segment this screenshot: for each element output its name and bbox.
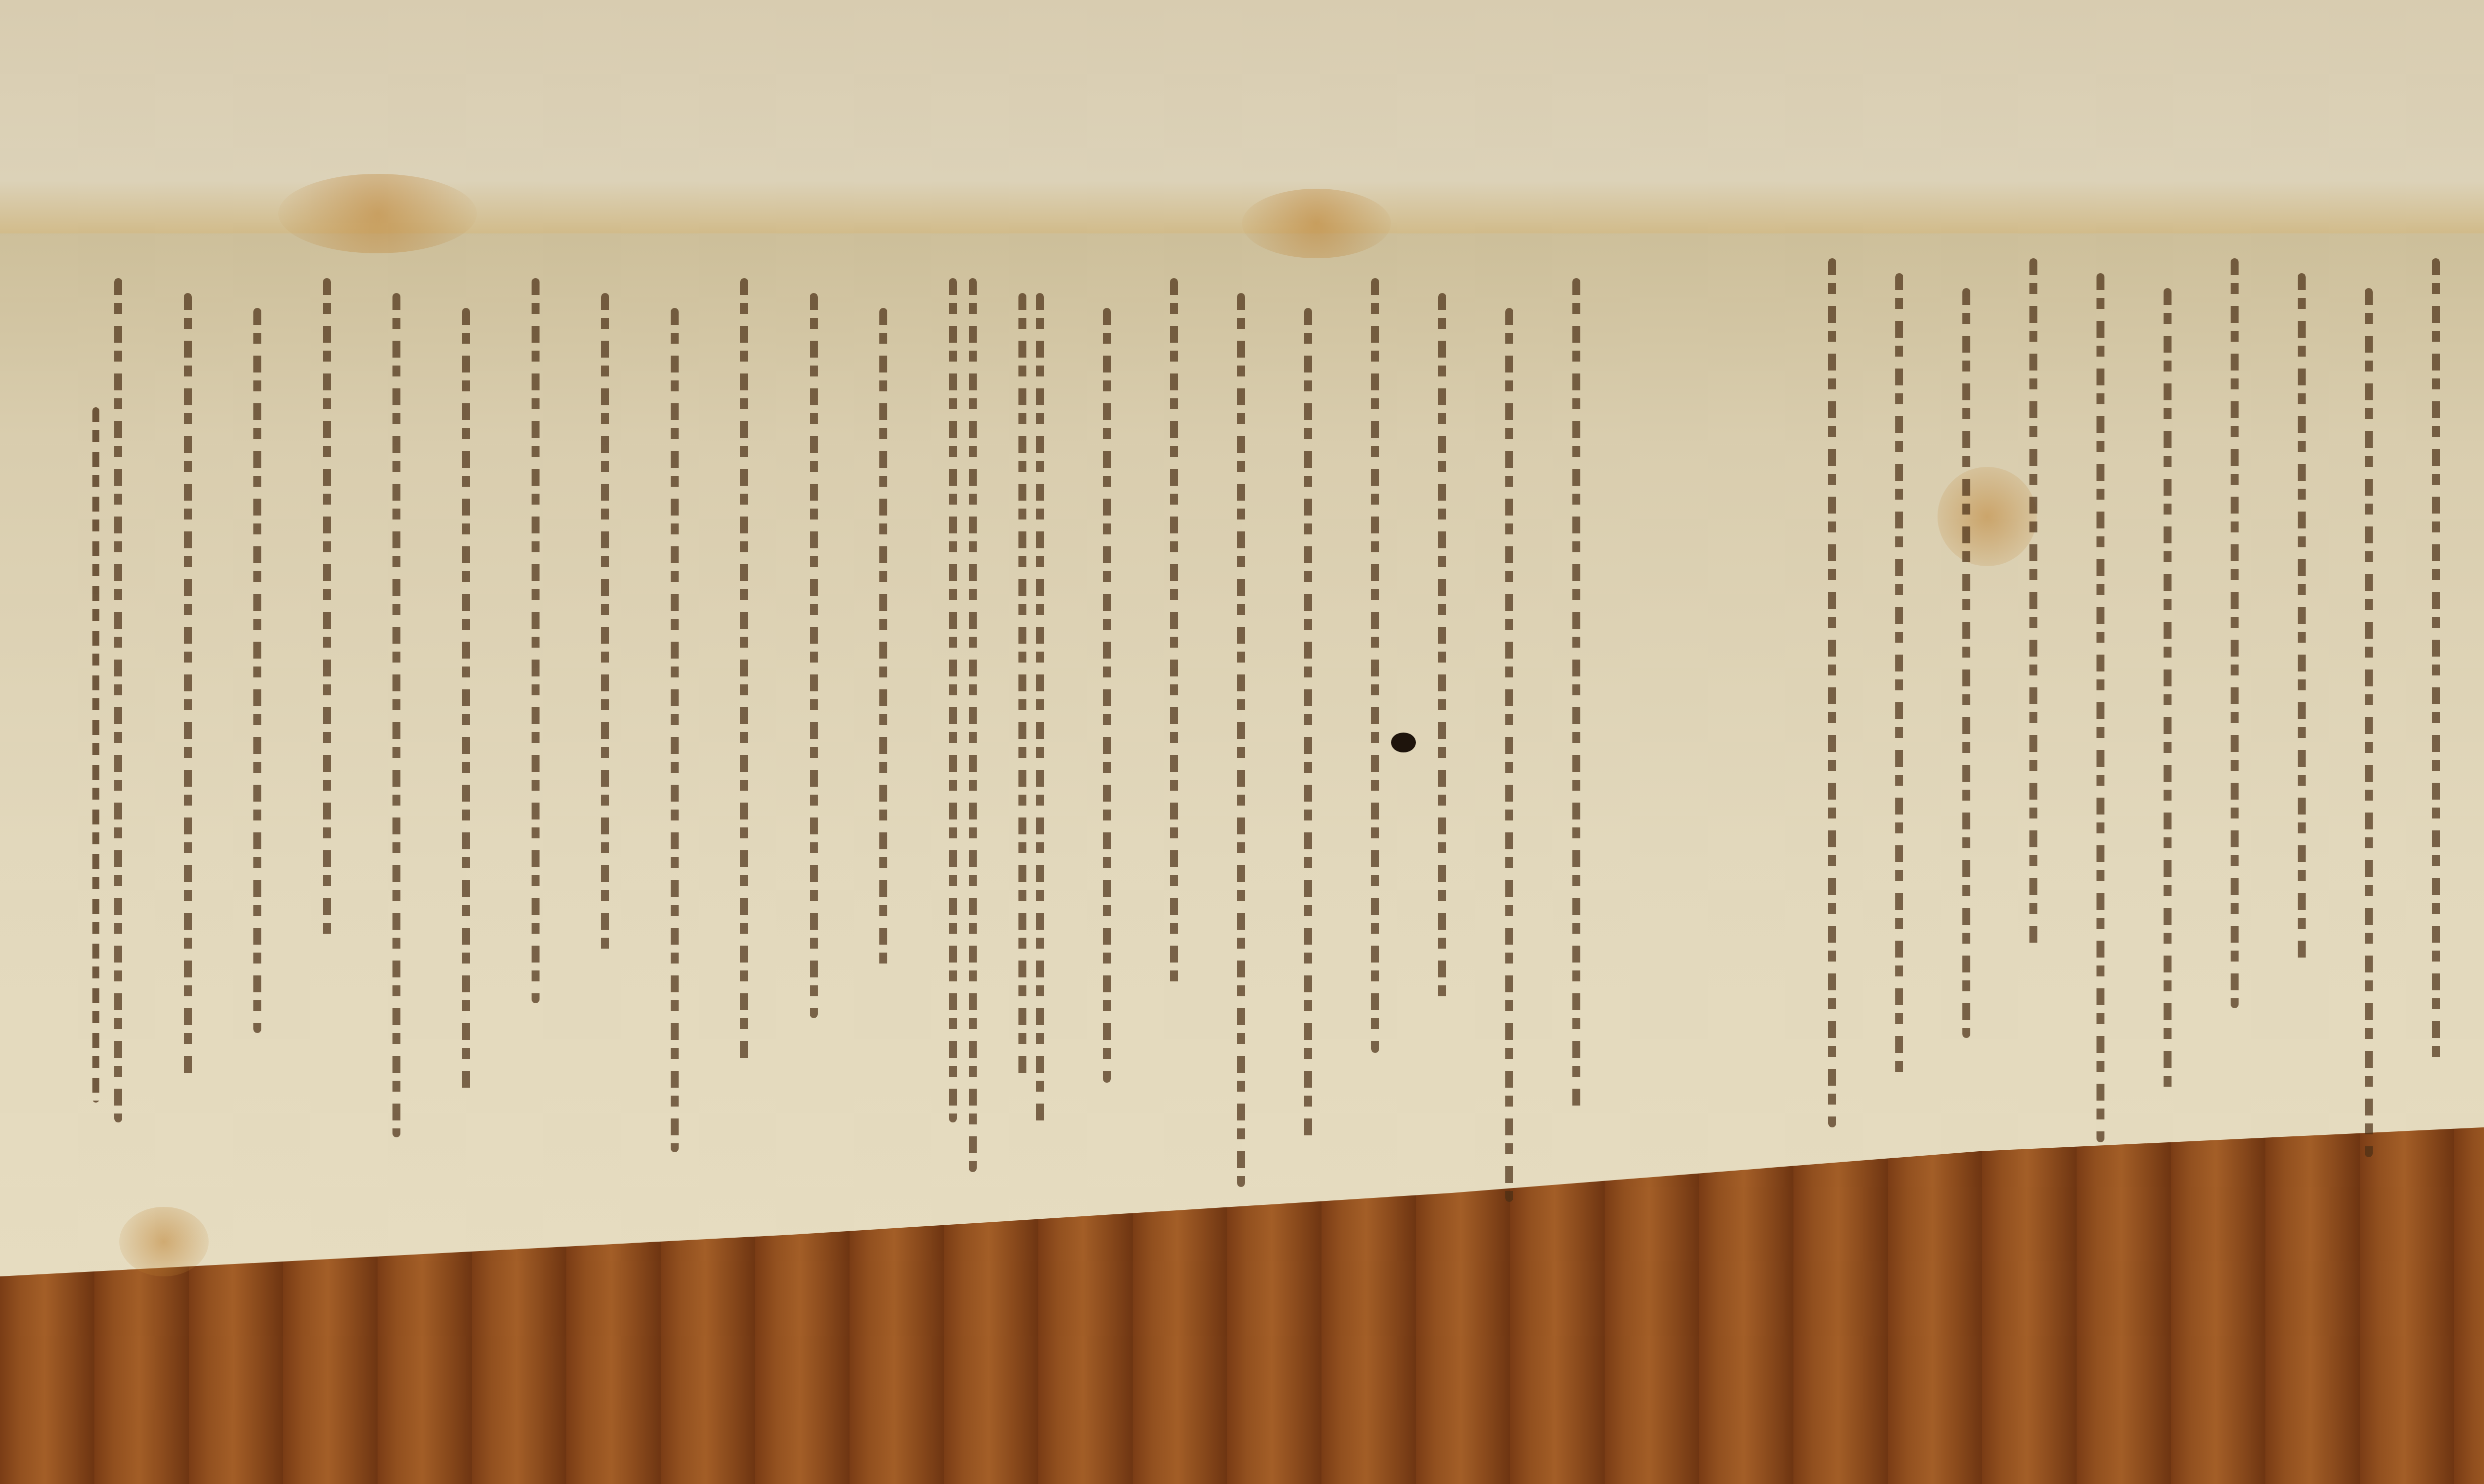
- handwriting-line: [1962, 288, 1970, 1038]
- handwriting-line: [2164, 288, 2172, 1098]
- handwriting-line: [2365, 288, 2373, 1157]
- water-stain: [119, 1207, 209, 1276]
- handwriting-line: [2029, 258, 2037, 949]
- water-stain: [1938, 467, 2037, 566]
- handwriting-line: [532, 278, 540, 1003]
- handwriting-line: [1170, 278, 1178, 993]
- handwriting-line: [323, 278, 331, 944]
- water-stain: [1242, 189, 1391, 258]
- handwriting-line: [969, 278, 977, 1172]
- handwriting-line: [392, 293, 400, 1137]
- handwriting-line: [2231, 258, 2239, 1008]
- handwriting-line: [1371, 278, 1379, 1053]
- handwriting-line: [1018, 293, 1026, 1078]
- water-stain: [278, 174, 477, 253]
- handwriting-line: [671, 308, 679, 1152]
- handwriting-line: [184, 293, 192, 1078]
- handwriting-line: [1828, 258, 1836, 1127]
- handwriting-line: [879, 308, 887, 973]
- handwriting-line: [462, 308, 470, 1093]
- handwriting-line: [1304, 308, 1312, 1142]
- handwriting-line: [1237, 293, 1245, 1187]
- handwriting-line: [1572, 278, 1580, 1113]
- handwriting-line: [1103, 308, 1111, 1083]
- handwriting-line: [2432, 258, 2440, 1068]
- handwriting-line: [601, 293, 609, 959]
- handwriting-line: [253, 308, 261, 1033]
- handwriting-line: [810, 293, 818, 1018]
- handwriting-line: [740, 278, 748, 1063]
- handwriting-line: [114, 278, 122, 1122]
- handwriting-line: [1895, 273, 1903, 1083]
- handwriting-line: [1036, 293, 1044, 1127]
- handwriting-line: [1505, 308, 1513, 1202]
- handwriting-line: [1438, 293, 1446, 1008]
- paper-hole: [1391, 733, 1416, 752]
- handwriting-line: [949, 278, 957, 1122]
- handwriting-line: [2096, 273, 2104, 1142]
- handwriting-line: [2298, 273, 2306, 964]
